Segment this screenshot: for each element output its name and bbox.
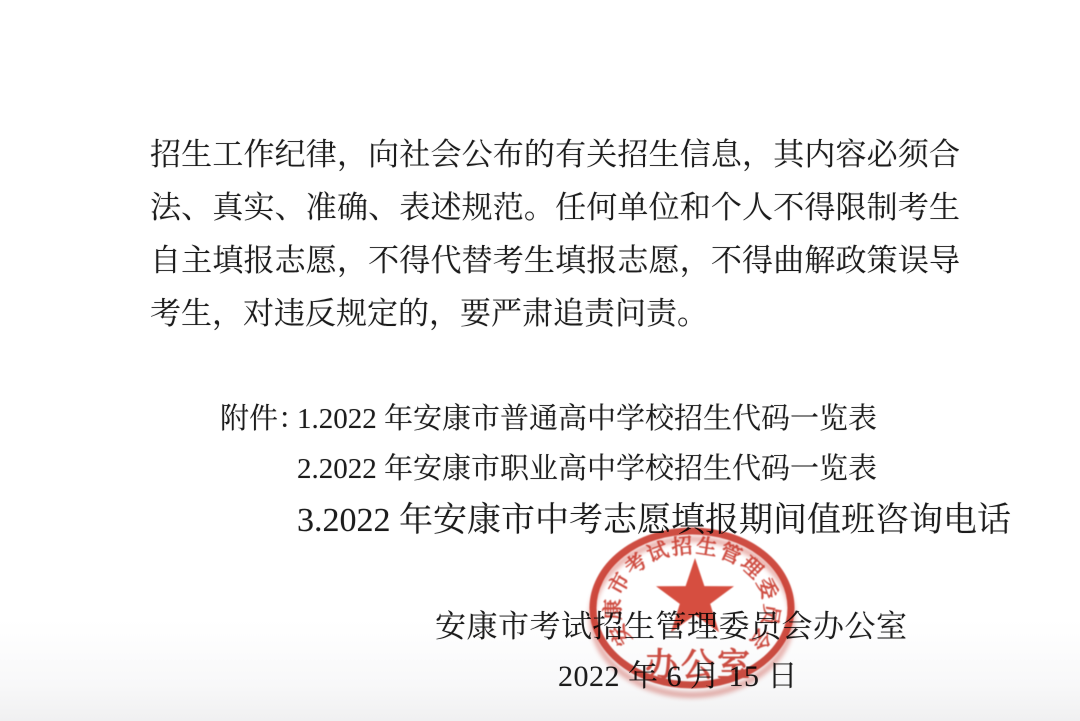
attachment-item-2: 2.2022 年安康市职业高中学校招生代码一览表 <box>297 446 877 487</box>
paragraph-line-2: 法、真实、准确、表述规范。任何单位和个人不得限制考生 <box>150 181 960 234</box>
paragraph-line-4: 考生，对违反规定的，要严肃追责问责。 <box>150 287 960 340</box>
attachment-item-1: 1.2022 年安康市普通高中学校招生代码一览表 <box>297 396 877 437</box>
issue-date: 2022 年 6 月 15 日 <box>558 651 798 695</box>
paragraph-line-3: 自主填报志愿，不得代替考生填报志愿，不得曲解政策误导 <box>150 234 960 287</box>
document-page: 招生工作纪律，向社会公布的有关招生信息，其内容必须合 法、真实、准确、表述规范。… <box>0 0 1080 721</box>
paragraph-line-1: 招生工作纪律，向社会公布的有关招生信息，其内容必须合 <box>150 128 960 181</box>
attachments-label: 附件： <box>220 396 307 437</box>
attachment-item-3: 3.2022 年安康市中考志愿填报期间值班咨询电话 <box>297 492 1011 541</box>
issuing-office-signature: 安康市考试招生管理委员会办公室 <box>435 601 908 646</box>
body-paragraph: 招生工作纪律，向社会公布的有关招生信息，其内容必须合 法、真实、准确、表述规范。… <box>150 128 960 340</box>
